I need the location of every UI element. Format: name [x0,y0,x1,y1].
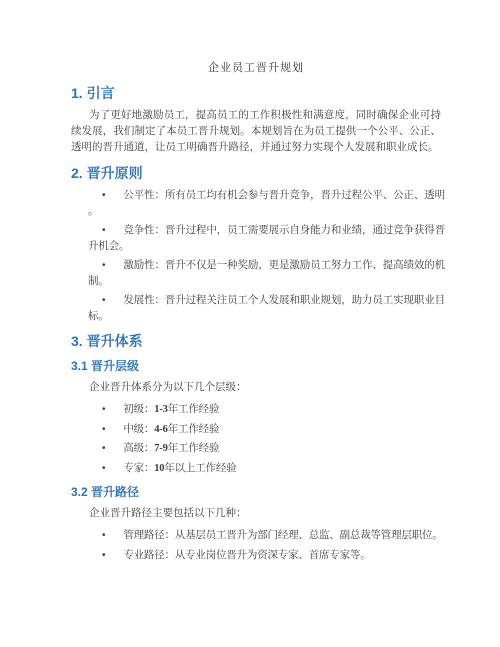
bullet-item: •公平性：所有员工均有机会参与晋升竞争，晋升过程公平、公正、透明。 [88,188,445,219]
bullet-item: •激励性：晋升不仅是一种奖励，更是激励员工努力工作、提高绩效的机制。 [88,258,445,289]
bullet-text: 企业晋升路径主要包括以下几种： [89,508,247,519]
bullet-text: 管理路径：从基层员工晋升为部门经理、总监、副总裁等管理层职位。 [123,530,442,541]
bullet-text-bold: 1-3 [154,404,167,415]
subsection-heading: 3.2 晋升路径 [71,484,441,500]
bullet-item: •竞争性：晋升过程中，员工需要展示自身能力和业绩，通过竞争获得晋升机会。 [88,223,445,254]
bullet-text: 发展性：晋升过程关注员工个人发展和职业规划，助力员工实现职业目标。 [88,295,445,322]
section-heading: 3. 晋升体系 [71,332,441,350]
subsection-heading: 3.1 晋升层级 [71,358,441,374]
bullet-text: 高级： [123,443,154,454]
bullet-text: 初级： [123,404,154,415]
bullet-item: •高级：7-9年工作经验 [88,441,445,457]
document-body: 1. 引言为了更好地激励员工，提高员工的工作积极性和满意度，同时确保企业可持续发… [71,84,441,563]
bullet-icon: • [102,260,105,271]
bullet-text: 激励性：晋升不仅是一种奖励，更是激励员工努力工作、提高绩效的机制。 [88,260,445,287]
paragraph: 为了更好地激励员工，提高员工的工作积极性和满意度，同时确保企业可持续发展，我们制… [71,108,441,156]
bullet-text: 竞争性：晋升过程中，员工需要展示自身能力和业绩，通过竞争获得晋升机会。 [88,225,445,252]
bullet-icon: • [102,190,105,201]
bullet-text: 年工作经验 [168,443,220,454]
bullet-icon: • [102,443,105,454]
bullet-text-bold: 7-9 [154,443,167,454]
bullet-item: •专业路径：从专业岗位晋升为资深专家、首席专家等。 [88,548,445,564]
bullet-text: 年工作经验 [168,424,220,435]
document-title: 企业员工晋升规划 [71,60,441,76]
bullet-item: •初级：1-3年工作经验 [88,402,445,418]
document-page: 企业员工晋升规划 1. 引言为了更好地激励员工，提高员工的工作积极性和满意度，同… [0,0,500,647]
bullet-item: •中级：4-6年工作经验 [88,422,445,438]
bullet-text: 年工作经验 [168,404,220,415]
bullet-icon: • [102,404,105,415]
bullet-icon: • [102,295,105,306]
bullet-item: •发展性：晋升过程关注员工个人发展和职业规划，助力员工实现职业目标。 [88,293,445,324]
bullet-text-bold: 10 [154,463,164,474]
bullet-icon: • [102,424,105,435]
bullet-item: •专家：10年以上工作经验 [88,461,445,477]
bullet-text: 中级： [123,424,154,435]
bullet-icon: • [102,225,105,236]
bullet-text: 专家： [123,463,154,474]
bullet-item: •管理路径：从基层员工晋升为部门经理、总监、副总裁等管理层职位。 [88,528,445,544]
bullet-text: 专业路径：从专业岗位晋升为资深专家、首席专家等。 [123,550,370,561]
bullet-text: 公平性：所有员工均有机会参与晋升竞争，晋升过程公平、公正、透明。 [88,190,445,217]
section-heading: 2. 晋升原则 [71,164,441,182]
bullet-icon: • [102,550,105,561]
bullet-text: 年以上工作经验 [164,463,236,474]
bullet-text: 企业晋升体系分为以下几个层级： [89,382,247,393]
bullet-icon: • [102,463,105,474]
paragraph: 企业晋升体系分为以下几个层级： [71,380,441,396]
paragraph: 企业晋升路径主要包括以下几种： [71,506,441,522]
section-heading: 1. 引言 [71,84,441,102]
bullet-text-bold: 4-6 [154,424,167,435]
bullet-text: 为了更好地激励员工，提高员工的工作积极性和满意度，同时确保企业可持续发展，我们制… [71,110,441,153]
bullet-icon: • [102,530,105,541]
